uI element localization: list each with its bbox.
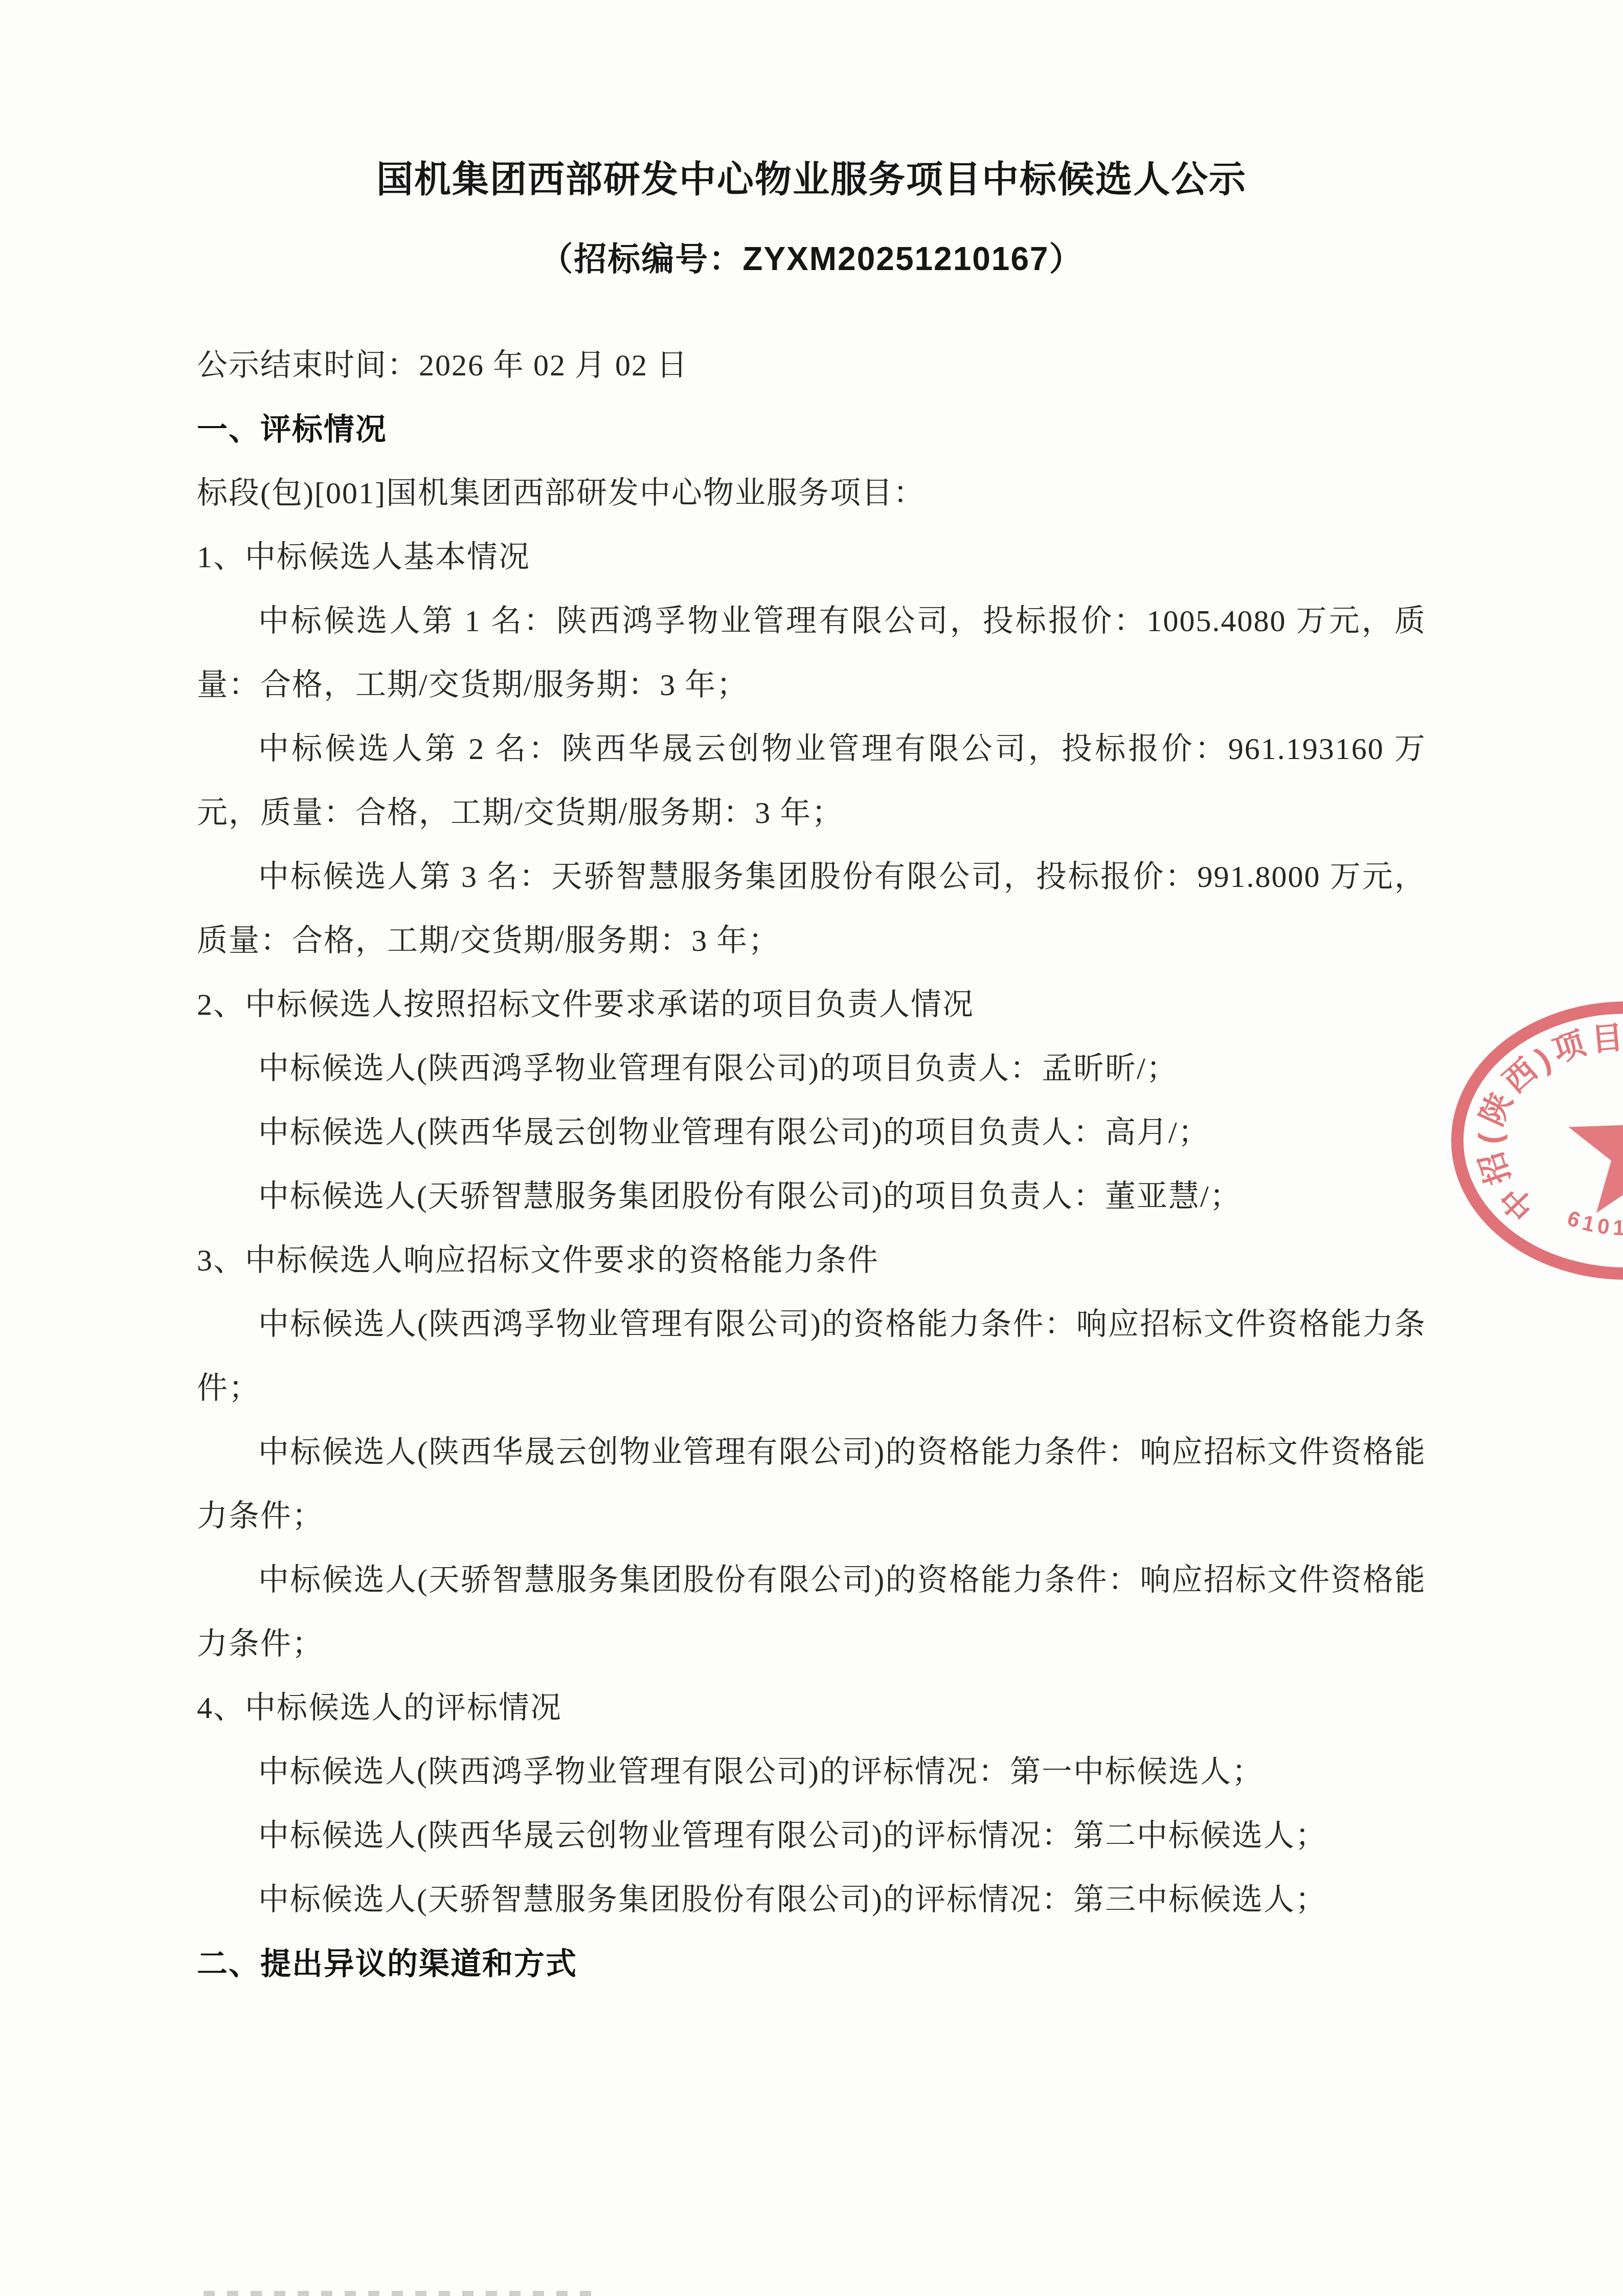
paragraph-publicity-end-time: 公示结束时间：2026 年 02 月 02 日 bbox=[197, 333, 1426, 397]
document-body: 公示结束时间：2026 年 02 月 02 日 一、评标情况 标段(包)[001… bbox=[197, 333, 1426, 1996]
paragraph-evaluation-candidate-2: 中标候选人(陕西华晟云创物业管理有限公司)的评标情况：第二中标候选人； bbox=[197, 1804, 1426, 1868]
section-heading-objection-channels: 二、提出异议的渠道和方式 bbox=[197, 1932, 1426, 1996]
paragraph-evaluation-candidate-3: 中标候选人(天骄智慧服务集团股份有限公司)的评标情况：第三中标候选人； bbox=[197, 1868, 1426, 1932]
paragraph-candidate-3: 中标候选人第 3 名：天骄智慧服务集团股份有限公司，投标报价：991.8000 … bbox=[197, 845, 1426, 973]
paragraph-item-4-evaluation-result: 4、中标候选人的评标情况 bbox=[197, 1676, 1426, 1740]
paragraph-candidate-2: 中标候选人第 2 名：陕西华晟云创物业管理有限公司，投标报价：961.19316… bbox=[197, 717, 1426, 845]
paragraph-lot-info: 标段(包)[001]国机集团西部研发中心物业服务项目： bbox=[197, 461, 1426, 525]
paragraph-evaluation-candidate-1: 中标候选人(陕西鸿孚物业管理有限公司)的评标情况：第一中标候选人； bbox=[197, 1740, 1426, 1804]
seal-star-icon bbox=[1568, 1074, 1623, 1213]
document-content: 国机集团西部研发中心物业服务项目中标候选人公示 （招标编号：ZYXM202512… bbox=[197, 0, 1426, 1996]
paragraph-qualification-candidate-3: 中标候选人(天骄智慧服务集团股份有限公司)的资格能力条件：响应招标文件资格能力条… bbox=[197, 1548, 1426, 1676]
seal-code-text: 6101 bbox=[1564, 1206, 1623, 1240]
paragraph-candidate-1: 中标候选人第 1 名：陕西鸿孚物业管理有限公司，投标报价：1005.4080 万… bbox=[197, 589, 1426, 717]
document-subtitle-tender-number: （招标编号：ZYXM20251210167） bbox=[197, 241, 1426, 277]
section-heading-evaluation: 一、评标情况 bbox=[197, 397, 1426, 461]
paragraph-manager-candidate-1: 中标候选人(陕西鸿孚物业管理有限公司)的项目负责人：孟昕昕/； bbox=[197, 1037, 1426, 1101]
paragraph-manager-candidate-2: 中标候选人(陕西华晟云创物业管理有限公司)的项目负责人：高月/； bbox=[197, 1101, 1426, 1165]
paragraph-qualification-candidate-1: 中标候选人(陕西鸿孚物业管理有限公司)的资格能力条件：响应招标文件资格能力条件； bbox=[197, 1292, 1426, 1420]
paragraph-qualification-candidate-2: 中标候选人(陕西华晟云创物业管理有限公司)的资格能力条件：响应招标文件资格能力条… bbox=[197, 1420, 1426, 1548]
official-seal-stamp-icon: 中招(陕西)项目管理有限公司 6101 bbox=[1396, 910, 1623, 1371]
paragraph-manager-candidate-3: 中标候选人(天骄智慧服务集团股份有限公司)的项目负责人：董亚慧/； bbox=[197, 1165, 1426, 1229]
document-page: 国机集团西部研发中心物业服务项目中标候选人公示 （招标编号：ZYXM202512… bbox=[0, 0, 1623, 2296]
paragraph-item-3-qualification: 3、中标候选人响应招标文件要求的资格能力条件 bbox=[197, 1229, 1426, 1292]
paragraph-item-1-basic-info: 1、中标候选人基本情况 bbox=[197, 525, 1426, 589]
page-bottom-cutoff-text-fragment bbox=[204, 2291, 603, 2296]
document-title: 国机集团西部研发中心物业服务项目中标候选人公示 bbox=[197, 160, 1426, 200]
paragraph-item-2-project-managers: 2、中标候选人按照招标文件要求承诺的项目负责人情况 bbox=[197, 973, 1426, 1037]
